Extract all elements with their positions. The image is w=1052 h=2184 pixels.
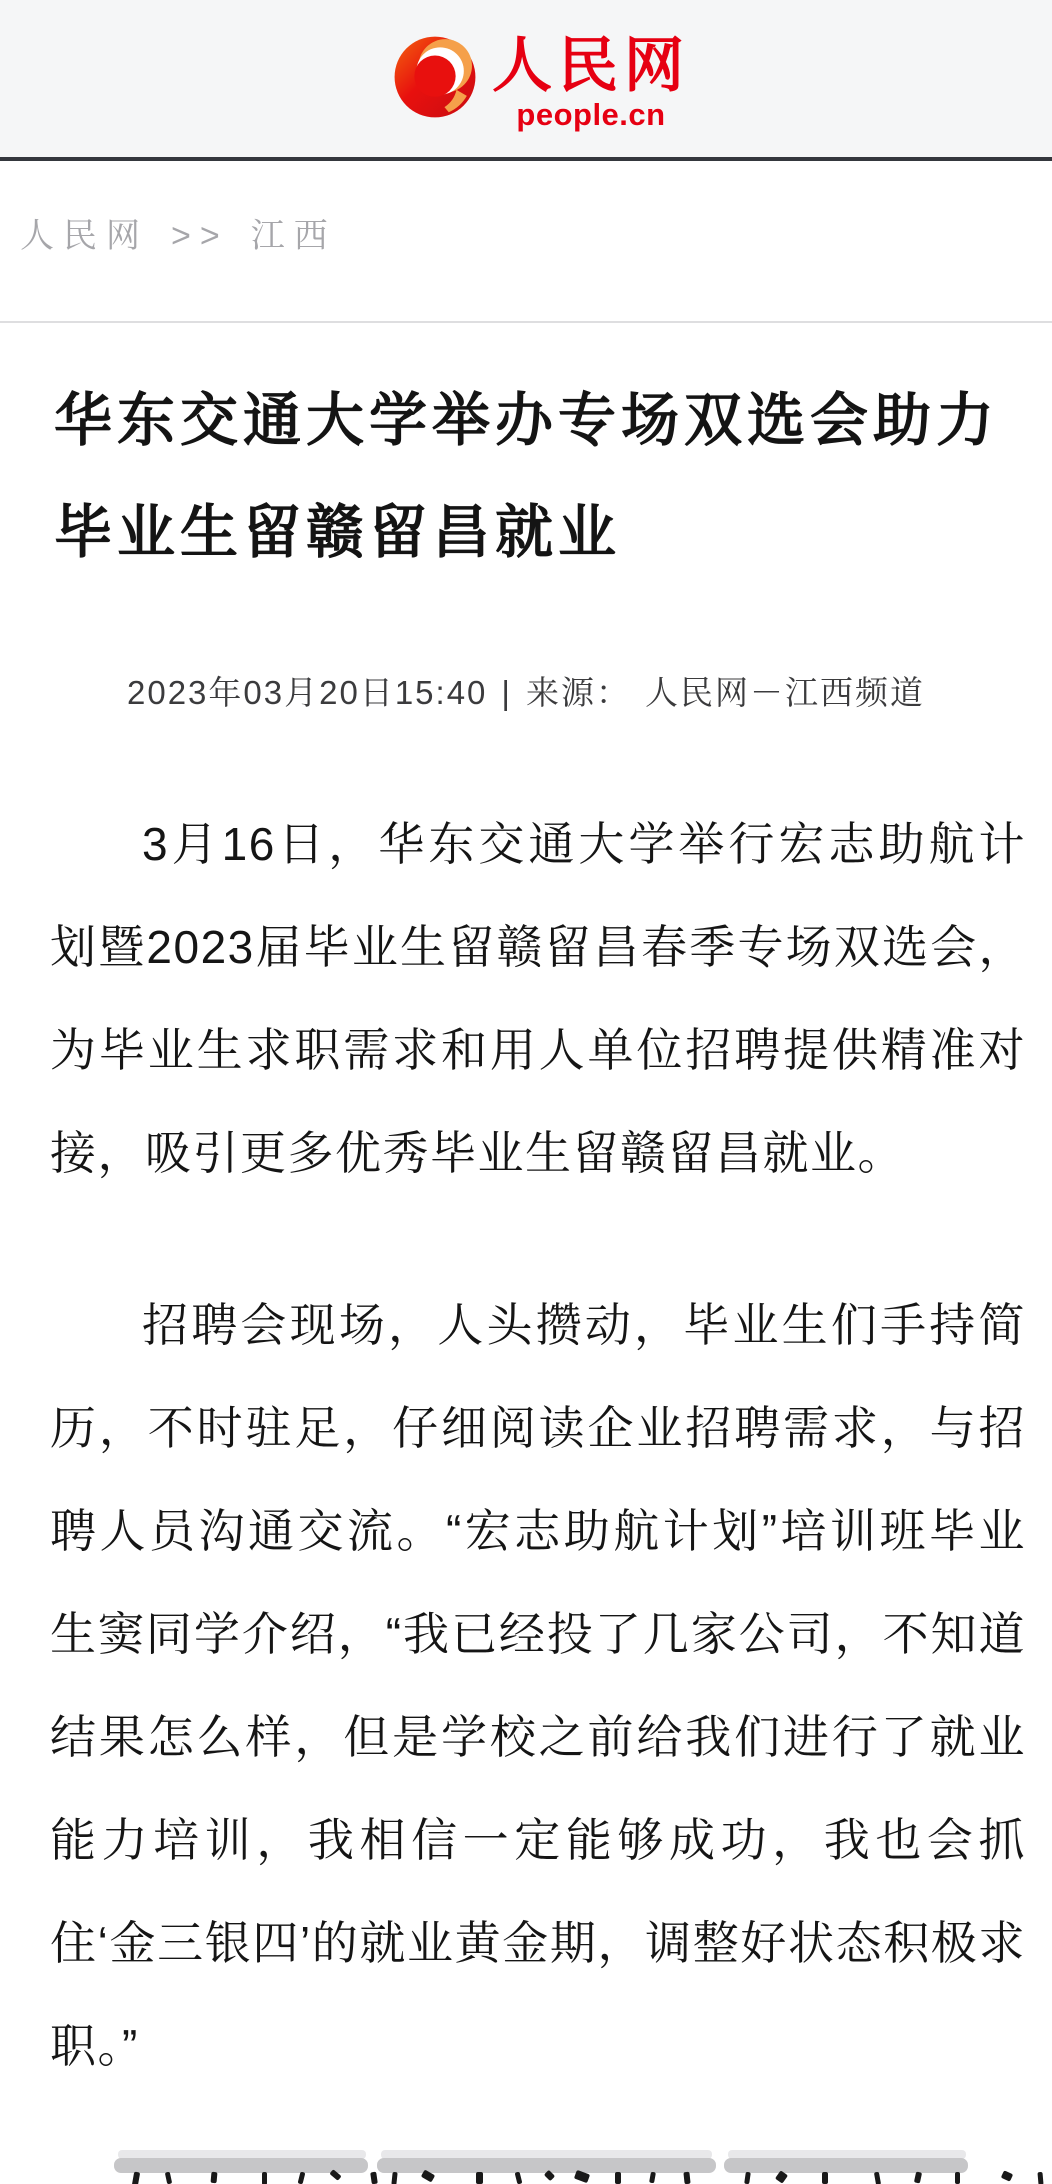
logo-en-text: people.cn — [516, 98, 665, 132]
text-selection-highlight — [114, 2158, 368, 2173]
paragraph-1: 3月16日，华东交通大学举行宏志助航计划暨2023届毕业生留赣留昌春季专场双选会… — [50, 793, 1026, 1205]
clipped-glyph-fragment — [165, 2172, 172, 2184]
people-cn-logo[interactable]: 人民网 people.cn — [392, 34, 690, 132]
breadcrumb-separator: >> — [171, 215, 229, 257]
source-name: 人民网－江西频道 — [645, 671, 925, 715]
breadcrumb-section-link[interactable]: 江西 — [251, 215, 337, 257]
clipped-glyph-fragment — [1001, 2170, 1013, 2181]
clipped-glyph-fragment — [744, 2172, 751, 2184]
clipped-glyph-fragment — [955, 2172, 960, 2184]
breadcrumb-site-link[interactable]: 人民网 — [20, 215, 149, 257]
people-cn-globe-icon — [392, 34, 478, 120]
clipped-glyph-fragment — [683, 2172, 690, 2184]
breadcrumb: 人民网 >> 江西 — [20, 215, 1052, 257]
paragraph-2: 招聘会现场，人头攒动，毕业生们手持简历，不时驻足，仔细阅读企业招聘需求，与招聘人… — [50, 1274, 1026, 2098]
section-divider — [0, 321, 1052, 323]
clipped-glyph-fragment — [615, 2172, 621, 2184]
clipped-glyph-fragment — [822, 2172, 828, 2184]
clipped-glyph-fragment — [476, 2172, 483, 2184]
clipped-glyph-fragment — [1037, 2172, 1043, 2184]
clipped-glyph-fragment — [515, 2172, 523, 2184]
clipped-next-text-line — [0, 2150, 1052, 2184]
clipped-glyph-fragment — [132, 2172, 140, 2184]
clipped-glyph-fragment — [262, 2172, 267, 2184]
clipped-glyph-fragment — [391, 2172, 397, 2184]
article-meta: 2023年03月20日15:40 | 来源： 人民网－江西频道 — [0, 671, 1052, 715]
clipped-glyph-fragment — [370, 2172, 378, 2184]
text-selection-highlight — [724, 2158, 968, 2173]
clipped-glyph-fragment — [874, 2172, 881, 2184]
article-body: 3月16日，华东交通大学举行宏志助航计划暨2023届毕业生留赣留昌春季专场双选会… — [50, 793, 1026, 2098]
clipped-glyph-fragment — [649, 2172, 656, 2184]
publish-date: 2023年03月20日15:40 — [127, 671, 487, 715]
article-title: 华东交通大学举办专场双选会助力毕业生留赣留昌就业 — [54, 365, 1012, 589]
clipped-glyph-fragment — [914, 2171, 922, 2183]
article-page: 人民网 people.cn 人民网 >> 江西 华东交通大学举办专场双选会助力毕… — [0, 0, 1052, 2184]
meta-separator: | — [501, 671, 512, 715]
source-label: 来源： — [526, 671, 631, 715]
clipped-glyph-fragment — [211, 2172, 218, 2183]
site-header: 人民网 people.cn — [0, 0, 1052, 161]
clipped-glyph-fragment — [298, 2172, 306, 2184]
logo-cn-text: 人民网 — [492, 34, 690, 98]
